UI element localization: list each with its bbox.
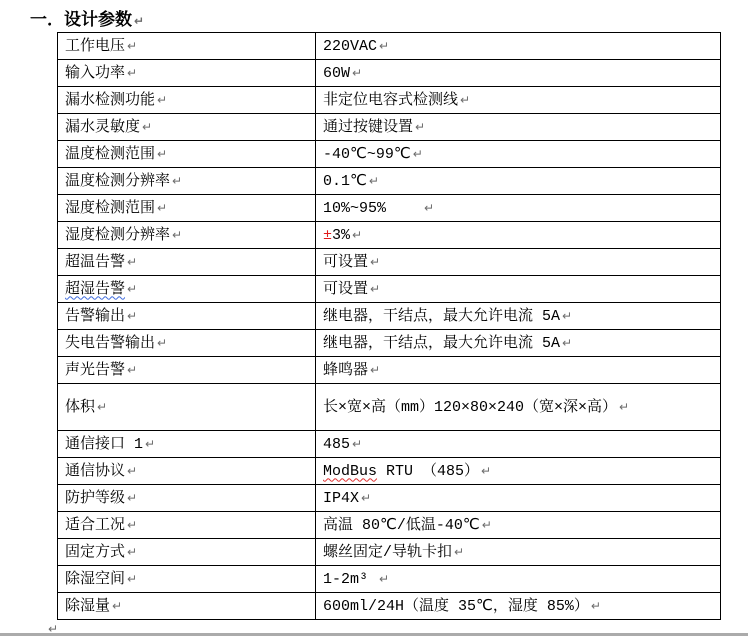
table-row: 声光告警↵蜂鸣器↵ bbox=[58, 357, 721, 384]
param-value-text: 220VAC bbox=[323, 38, 377, 55]
paragraph-mark-icon: ↵ bbox=[157, 336, 167, 350]
param-name-cell[interactable]: 温度检测范围↵ bbox=[58, 141, 316, 168]
param-name-cell[interactable]: 输入功率↵ bbox=[58, 60, 316, 87]
table-row: 温度检测范围↵-40℃~99℃↵ bbox=[58, 141, 721, 168]
paragraph-mark-icon: ↵ bbox=[454, 545, 464, 559]
paragraph-mark-icon: ↵ bbox=[352, 228, 362, 242]
param-name-text: 固定方式 bbox=[65, 544, 125, 561]
param-value-cell[interactable]: 继电器，干结点，最大允许电流 5A↵ bbox=[316, 330, 721, 357]
paragraph-mark-icon: ↵ bbox=[415, 120, 425, 134]
param-value-text: 高温 80℃/低温-40℃ bbox=[323, 517, 480, 534]
param-value-cell[interactable]: 60W↵ bbox=[316, 60, 721, 87]
paragraph-mark-icon: ↵ bbox=[134, 14, 144, 28]
param-name-text: 超湿告警 bbox=[65, 281, 125, 298]
paragraph-mark-icon: ↵ bbox=[127, 464, 137, 478]
param-value-text: 1-2m³ bbox=[323, 571, 377, 588]
paragraph-mark-icon: ↵ bbox=[157, 201, 167, 215]
param-value-text: 3% bbox=[332, 227, 350, 244]
param-name-cell[interactable]: 湿度检测范围↵ bbox=[58, 195, 316, 222]
param-value-text: RTU （485） bbox=[377, 463, 479, 480]
param-name-text: 通信协议 bbox=[65, 463, 125, 480]
param-value-text: 通过按键设置 bbox=[323, 119, 413, 136]
param-value-text: 0.1℃ bbox=[323, 173, 367, 190]
table-row: 湿度检测分辨率↵±3%↵ bbox=[58, 222, 721, 249]
param-name-text: 湿度检测分辨率 bbox=[65, 227, 170, 244]
paragraph-mark-icon: ↵ bbox=[127, 39, 137, 53]
param-name-text: 超温告警 bbox=[65, 254, 125, 271]
paragraph-mark-icon: ↵ bbox=[369, 174, 379, 188]
paragraph-mark-icon: ↵ bbox=[172, 228, 182, 242]
table-row: 输入功率↵60W↵ bbox=[58, 60, 721, 87]
param-value-cell[interactable]: IP4X↵ bbox=[316, 485, 721, 512]
table-row: 体积↵长×宽×高（mm）120×80×240（宽×深×高）↵ bbox=[58, 384, 721, 431]
table-row: 湿度检测范围↵10%~95% ↵ bbox=[58, 195, 721, 222]
param-name-cell[interactable]: 失电告警输出↵ bbox=[58, 330, 316, 357]
paragraph-mark-icon: ↵ bbox=[482, 518, 492, 532]
paragraph-mark-icon: ↵ bbox=[481, 464, 491, 478]
param-name-cell[interactable]: 体积↵ bbox=[58, 384, 316, 431]
param-value-text: 10%~95% bbox=[323, 200, 422, 217]
param-value-text: 长×宽×高（mm）120×80×240（宽×深×高） bbox=[323, 399, 617, 416]
table-row: 固定方式↵螺丝固定/导轨卡扣↵ bbox=[58, 539, 721, 566]
paragraph-mark-icon: ↵ bbox=[157, 147, 167, 161]
param-value-cell[interactable]: 485↵ bbox=[316, 431, 721, 458]
table-row: 超温告警↵可设置↵ bbox=[58, 249, 721, 276]
table-row: 超湿告警↵可设置↵ bbox=[58, 276, 721, 303]
param-name-text: 温度检测范围 bbox=[65, 146, 155, 163]
param-value-cell[interactable]: 通过按键设置↵ bbox=[316, 114, 721, 141]
param-name-cell[interactable]: 除湿空间↵ bbox=[58, 566, 316, 593]
paragraph-mark-icon: ↵ bbox=[352, 437, 362, 451]
param-name-cell[interactable]: 防护等级↵ bbox=[58, 485, 316, 512]
param-value-text: 可设置 bbox=[323, 254, 368, 271]
table-row: 防护等级↵IP4X↵ bbox=[58, 485, 721, 512]
param-value-cell[interactable]: 长×宽×高（mm）120×80×240（宽×深×高）↵ bbox=[316, 384, 721, 431]
spec-table: 工作电压↵220VAC↵输入功率↵60W↵漏水检测功能↵非定位电容式检测线↵漏水… bbox=[57, 32, 721, 620]
paragraph-mark-icon: ↵ bbox=[112, 599, 122, 613]
paragraph-mark-icon: ↵ bbox=[127, 66, 137, 80]
param-value-text: 继电器，干结点，最大允许电流 5A bbox=[323, 335, 560, 352]
param-name-cell[interactable]: 超湿告警↵ bbox=[58, 276, 316, 303]
paragraph-mark-icon: ↵ bbox=[157, 93, 167, 107]
param-value-cell[interactable]: 蜂鸣器↵ bbox=[316, 357, 721, 384]
param-value-text: -40℃~99℃ bbox=[323, 146, 411, 163]
paragraph-mark-icon: ↵ bbox=[562, 309, 572, 323]
param-name-text: 声光告警 bbox=[65, 362, 125, 379]
section-title[interactable]: 一．设计参数↵ bbox=[30, 5, 144, 31]
param-name-cell[interactable]: 通信接口 1↵ bbox=[58, 431, 316, 458]
param-value-text: 600ml/24H（温度 35℃，湿度 85%） bbox=[323, 598, 589, 615]
table-row: 告警输出↵继电器，干结点，最大允许电流 5A↵ bbox=[58, 303, 721, 330]
param-value-text: ± bbox=[323, 227, 332, 244]
paragraph-mark-icon: ↵ bbox=[413, 147, 423, 161]
table-row: 温度检测分辨率↵0.1℃↵ bbox=[58, 168, 721, 195]
paragraph-mark-icon: ↵ bbox=[127, 282, 137, 296]
table-row: 适合工况↵高温 80℃/低温-40℃↵ bbox=[58, 512, 721, 539]
paragraph-mark-icon: ↵ bbox=[127, 572, 137, 586]
param-value-cell[interactable]: 1-2m³ ↵ bbox=[316, 566, 721, 593]
param-name-text: 漏水灵敏度 bbox=[65, 119, 140, 136]
table-row: 除湿量↵600ml/24H（温度 35℃，湿度 85%）↵ bbox=[58, 593, 721, 620]
paragraph-mark-icon: ↵ bbox=[127, 545, 137, 559]
param-value-text: ModBus bbox=[323, 463, 377, 480]
paragraph-mark-icon: ↵ bbox=[562, 336, 572, 350]
table-row: 除湿空间↵1-2m³ ↵ bbox=[58, 566, 721, 593]
paragraph-mark-icon: ↵ bbox=[619, 400, 629, 414]
table-row: 漏水检测功能↵非定位电容式检测线↵ bbox=[58, 87, 721, 114]
param-name-text: 漏水检测功能 bbox=[65, 92, 155, 109]
param-value-cell[interactable]: 0.1℃↵ bbox=[316, 168, 721, 195]
paragraph-mark-icon: ↵ bbox=[460, 93, 470, 107]
param-name-cell[interactable]: 通信协议↵ bbox=[58, 458, 316, 485]
param-name-cell[interactable]: 声光告警↵ bbox=[58, 357, 316, 384]
param-value-cell[interactable]: 非定位电容式检测线↵ bbox=[316, 87, 721, 114]
paragraph-mark-icon: ↵ bbox=[127, 309, 137, 323]
param-value-cell[interactable]: ±3%↵ bbox=[316, 222, 721, 249]
paragraph-mark-icon: ↵ bbox=[370, 255, 380, 269]
param-name-cell[interactable]: 湿度检测分辨率↵ bbox=[58, 222, 316, 249]
param-value-cell[interactable]: 高温 80℃/低温-40℃↵ bbox=[316, 512, 721, 539]
paragraph-mark-icon: ↵ bbox=[379, 572, 389, 586]
paragraph-mark-icon: ↵ bbox=[97, 400, 107, 414]
param-name-cell[interactable]: 工作电压↵ bbox=[58, 33, 316, 60]
param-name-cell[interactable]: 除湿量↵ bbox=[58, 593, 316, 620]
param-name-text: 告警输出 bbox=[65, 308, 125, 325]
paragraph-mark-icon: ↵ bbox=[127, 363, 137, 377]
paragraph-mark-icon: ↵ bbox=[361, 491, 371, 505]
table-row: 通信接口 1↵485↵ bbox=[58, 431, 721, 458]
param-value-cell[interactable]: -40℃~99℃↵ bbox=[316, 141, 721, 168]
param-name-cell[interactable]: 适合工况↵ bbox=[58, 512, 316, 539]
paragraph-mark-icon: ↵ bbox=[370, 363, 380, 377]
param-value-text: 继电器，干结点，最大允许电流 5A bbox=[323, 308, 560, 325]
param-name-cell[interactable]: 漏水灵敏度↵ bbox=[58, 114, 316, 141]
param-name-text: 失电告警输出 bbox=[65, 335, 155, 352]
param-name-text: 体积 bbox=[65, 399, 95, 416]
param-value-cell[interactable]: 10%~95% ↵ bbox=[316, 195, 721, 222]
param-name-text: 适合工况 bbox=[65, 517, 125, 534]
paragraph-mark-icon: ↵ bbox=[172, 174, 182, 188]
param-name-text: 防护等级 bbox=[65, 490, 125, 507]
param-value-cell[interactable]: 可设置↵ bbox=[316, 276, 721, 303]
paragraph-mark-icon: ↵ bbox=[127, 518, 137, 532]
param-name-cell[interactable]: 温度检测分辨率↵ bbox=[58, 168, 316, 195]
param-value-cell[interactable]: ModBus RTU （485）↵ bbox=[316, 458, 721, 485]
param-name-text: 工作电压 bbox=[65, 38, 125, 55]
paragraph-mark-icon: ↵ bbox=[424, 201, 434, 215]
param-value-cell[interactable]: 220VAC↵ bbox=[316, 33, 721, 60]
param-value-text: 485 bbox=[323, 436, 350, 453]
table-row: 失电告警输出↵继电器，干结点，最大允许电流 5A↵ bbox=[58, 330, 721, 357]
paragraph-mark-icon: ↵ bbox=[352, 66, 362, 80]
paragraph-mark-icon: ↵ bbox=[370, 282, 380, 296]
paragraph-mark-icon: ↵ bbox=[379, 39, 389, 53]
param-name-text: 通信接口 1 bbox=[65, 436, 143, 453]
param-name-cell[interactable]: 固定方式↵ bbox=[58, 539, 316, 566]
param-value-text: 60W bbox=[323, 65, 350, 82]
paragraph-mark-icon: ↵ bbox=[127, 491, 137, 505]
param-name-text: 输入功率 bbox=[65, 65, 125, 82]
param-name-text: 湿度检测范围 bbox=[65, 200, 155, 217]
param-value-text: IP4X bbox=[323, 490, 359, 507]
param-value-cell[interactable]: 继电器，干结点，最大允许电流 5A↵ bbox=[316, 303, 721, 330]
param-value-cell[interactable]: 螺丝固定/导轨卡扣↵ bbox=[316, 539, 721, 566]
table-row: 通信协议↵ModBus RTU （485）↵ bbox=[58, 458, 721, 485]
param-value-cell[interactable]: 可设置↵ bbox=[316, 249, 721, 276]
paragraph-mark-icon: ↵ bbox=[145, 437, 155, 451]
param-value-cell[interactable]: 600ml/24H（温度 35℃，湿度 85%）↵ bbox=[316, 593, 721, 620]
param-value-text: 螺丝固定/导轨卡扣 bbox=[323, 544, 452, 561]
param-value-text: 非定位电容式检测线 bbox=[323, 92, 458, 109]
param-name-text: 除湿量 bbox=[65, 598, 110, 615]
table-row: 工作电压↵220VAC↵ bbox=[58, 33, 721, 60]
spec-table-body: 工作电压↵220VAC↵输入功率↵60W↵漏水检测功能↵非定位电容式检测线↵漏水… bbox=[58, 33, 721, 620]
param-value-text: 蜂鸣器 bbox=[323, 362, 368, 379]
paragraph-mark-icon: ↵ bbox=[591, 599, 601, 613]
param-name-cell[interactable]: 超温告警↵ bbox=[58, 249, 316, 276]
table-row: 漏水灵敏度↵通过按键设置↵ bbox=[58, 114, 721, 141]
param-value-text: 可设置 bbox=[323, 281, 368, 298]
section-title-text: 一．设计参数 bbox=[30, 12, 132, 31]
param-name-cell[interactable]: 告警输出↵ bbox=[58, 303, 316, 330]
paragraph-mark-icon: ↵ bbox=[142, 120, 152, 134]
paragraph-mark-icon: ↵ bbox=[127, 255, 137, 269]
param-name-cell[interactable]: 漏水检测功能↵ bbox=[58, 87, 316, 114]
param-name-text: 除湿空间 bbox=[65, 571, 125, 588]
param-name-text: 温度检测分辨率 bbox=[65, 173, 170, 190]
